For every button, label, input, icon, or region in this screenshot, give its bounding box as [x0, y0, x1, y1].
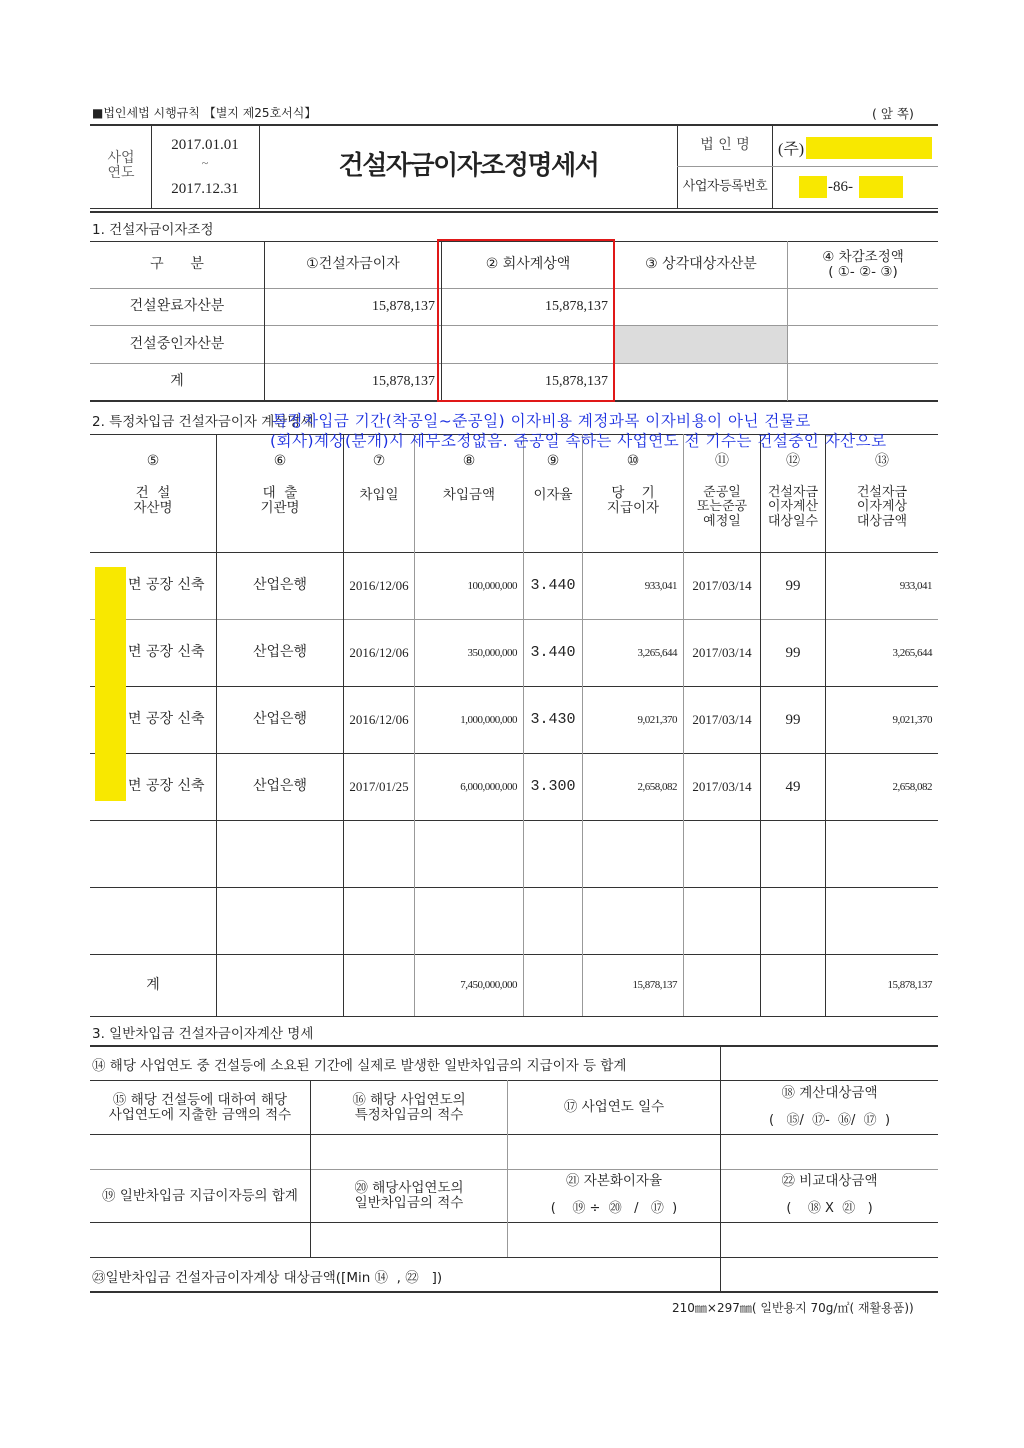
interest-paid: 2,658,082: [583, 754, 683, 820]
col-num-11: ⑪: [684, 452, 760, 472]
s1-col-header-construction-interest: ①건설자금이자: [265, 242, 441, 288]
col-label-borrow-date: 차입일: [344, 486, 414, 504]
annotation-line-1: 특정차입금 기간(착공일~준공일) 이자비용 계정과목 이자비용이 아닌 건물로: [272, 409, 811, 431]
section3-heading: 3. 일반차입금 건설자금이자계산 명세: [92, 1022, 313, 1042]
interest-rate: 3.440: [524, 620, 582, 686]
borrow-date: 2016/12/06: [344, 620, 414, 686]
col-label-lender: 대 출 기관명: [217, 486, 343, 526]
interest-rate: 3.430: [524, 687, 582, 753]
col-num-6: ⑥: [217, 452, 343, 472]
lender: 산업은행: [217, 620, 343, 686]
calc-days: 99: [761, 553, 825, 619]
item21-formula: ( ⑲ ÷ ⑳ / ⑰ ): [508, 1198, 720, 1220]
red-highlight-box: [437, 239, 615, 402]
s3-rule: [90, 1045, 938, 1047]
header-bottom-rule-1: [90, 208, 938, 209]
asset-name: 면 공장 신축: [126, 553, 218, 619]
interest-paid: 3,265,644: [583, 620, 683, 686]
borrow-amount: 350,000,000: [415, 620, 523, 686]
total-capitalized-amount: 15,878,137: [826, 955, 938, 1016]
item22-formula: ( ⑱ X ㉑ ): [721, 1198, 938, 1220]
total-interest-paid: 15,878,137: [583, 955, 683, 1016]
redacted-asset-names: [95, 567, 126, 801]
section1-heading: 1. 건설자금이자조정: [92, 218, 214, 238]
s2-rule: [90, 887, 938, 888]
calc-days: 49: [761, 754, 825, 820]
page-side-label: ( 앞 쪽): [872, 104, 914, 122]
item20-label: ⑳ 해당사업연도의 일반차입금의 적수: [311, 1170, 507, 1222]
col-num-8: ⑧: [415, 452, 523, 472]
interest-rate: 3.300: [524, 754, 582, 820]
calc-days: 99: [761, 687, 825, 753]
col-label-interest-rate: 이자율: [524, 486, 582, 504]
total-label: 계: [90, 955, 216, 1016]
borrow-amount: 6,000,000,000: [415, 754, 523, 820]
s1-col-header-depreciable: ③ 상각대상자산분: [615, 242, 787, 288]
page-title: 건설자금이자조정명세서: [260, 140, 677, 192]
item19-label: ⑲ 일반차입금 지급이자등의 합계: [90, 1170, 310, 1222]
header-top-rule: [90, 124, 938, 126]
capitalized-amount: 933,041: [826, 553, 938, 619]
completion-date: 2017/03/14: [684, 620, 760, 686]
total-borrow-amount: 7,450,000,000: [415, 955, 523, 1016]
col-label-completion-date: 준공일 또는준공 예정일: [684, 486, 760, 536]
col-num-12: ⑫: [761, 452, 825, 472]
completion-date: 2017/03/14: [684, 754, 760, 820]
s1-col-header-category: 구 분: [90, 242, 264, 288]
biz-reg-value: -86-: [828, 179, 853, 196]
redacted-biz-reg-part2: [859, 176, 903, 198]
item15-label: ⑮ 해당 건설등에 대하여 해당 사업연도에 지출한 금액의 적수: [90, 1081, 310, 1134]
regulation-reference: ■법인세법 시행규칙 【별지 제25호서식】: [92, 104, 316, 121]
borrow-date: 2016/12/06: [344, 553, 414, 619]
interest-paid: 9,021,370: [583, 687, 683, 753]
col-label-days: 건설자금 이자계산 대상일수: [761, 486, 825, 536]
capitalized-amount: 9,021,370: [826, 687, 938, 753]
s3-rule: [90, 1222, 938, 1223]
col-num-13: ⑬: [826, 452, 938, 472]
lender: 산업은행: [217, 553, 343, 619]
s1-col-header-adjustment: ④ 차감조정액 ( ①- ②- ③): [788, 242, 938, 288]
item16-label: ⑯ 해당 사업연도의 특정차입금의 적수: [311, 1081, 507, 1134]
col-label-capitalized-amount: 건설자금 이자계상 대상금액: [826, 486, 938, 536]
item18-label: ⑱ 계산대상금액: [721, 1082, 938, 1104]
item21-label: ㉑ 자본화이자율: [508, 1170, 720, 1192]
borrow-amount: 1,000,000,000: [415, 687, 523, 753]
s2-rule: [90, 1016, 938, 1017]
item17-label: ⑰ 사업연도 일수: [508, 1081, 720, 1134]
item23-label: ㉓일반차입금 건설자금이자계상 대상금액([Min ⑭ , ㉒ ]): [92, 1266, 442, 1286]
borrow-date: 2016/12/06: [344, 687, 414, 753]
redacted-biz-reg-part1: [799, 176, 827, 198]
completion-date: 2017/03/14: [684, 687, 760, 753]
col-num-7: ⑦: [344, 452, 414, 472]
biz-reg-label: 사업자등록번호: [678, 167, 772, 208]
header-divider: [772, 125, 773, 209]
shaded-cell: [615, 326, 787, 363]
asset-name: 면 공장 신축: [126, 620, 218, 686]
lender: 산업은행: [217, 754, 343, 820]
lender: 산업은행: [217, 687, 343, 753]
header-bottom-rule-2: [90, 211, 938, 213]
item14-label: ⑭ 해당 사업연도 중 건설등에 소요된 기간에 실제로 발생한 일반차입금의 …: [92, 1054, 626, 1074]
s2-rule: [90, 820, 938, 821]
fiscal-year-label: 사업 연도: [92, 140, 150, 192]
row-label: 건설중인자산분: [90, 326, 264, 363]
col-num-5: ⑤: [90, 452, 216, 472]
col-num-9: ⑨: [524, 452, 582, 472]
interest-rate: 3.440: [524, 553, 582, 619]
corp-name-label: 법 인 명: [678, 126, 772, 166]
row-label: 계: [90, 364, 264, 400]
s3-rule: [90, 1134, 938, 1135]
redacted-corp-name: [806, 137, 932, 159]
fiscal-year-start: 2017.01.01: [152, 134, 258, 156]
completion-date: 2017/03/14: [684, 553, 760, 619]
capitalized-amount: 3,265,644: [826, 620, 938, 686]
asset-name: 면 공장 신축: [126, 687, 218, 753]
s3-rule: [90, 1257, 938, 1258]
capitalized-amount: 2,658,082: [826, 754, 938, 820]
annotation-line-2: (회사)계상(분개)시 세무조정없음. 준공일 속하는 사업연도 전 기수는 건…: [270, 429, 887, 451]
col-label-borrow-amount: 차입금액: [415, 486, 523, 504]
item18-formula: ( ⑮/ ⑰- ⑯/ ⑰ ): [721, 1110, 938, 1132]
row-label: 건설완료자산분: [90, 289, 264, 325]
fiscal-year-end: 2017.12.31: [152, 178, 258, 200]
interest-paid: 933,041: [583, 553, 683, 619]
calc-days: 99: [761, 620, 825, 686]
item22-label: ㉒ 비교대상금액: [721, 1170, 938, 1192]
construction-interest-value: 15,878,137: [265, 289, 441, 325]
borrow-amount: 100,000,000: [415, 553, 523, 619]
col-label-interest-paid: 당 기 지급이자: [583, 486, 683, 526]
s3-rule: [90, 1291, 938, 1293]
borrow-date: 2017/01/25: [344, 754, 414, 820]
construction-interest-total: 15,878,137: [265, 364, 441, 400]
col-label-asset-name: 건 설 자산명: [90, 486, 216, 526]
corp-name-prefix: (주): [778, 136, 804, 159]
col-num-10: ⑩: [583, 452, 683, 472]
asset-name: 면 공장 신축: [126, 754, 218, 820]
paper-spec: 210㎜×297㎜( 일반용지 70g/㎡( 재활용품)): [672, 1299, 914, 1316]
fiscal-year-separator: ~: [152, 156, 258, 172]
